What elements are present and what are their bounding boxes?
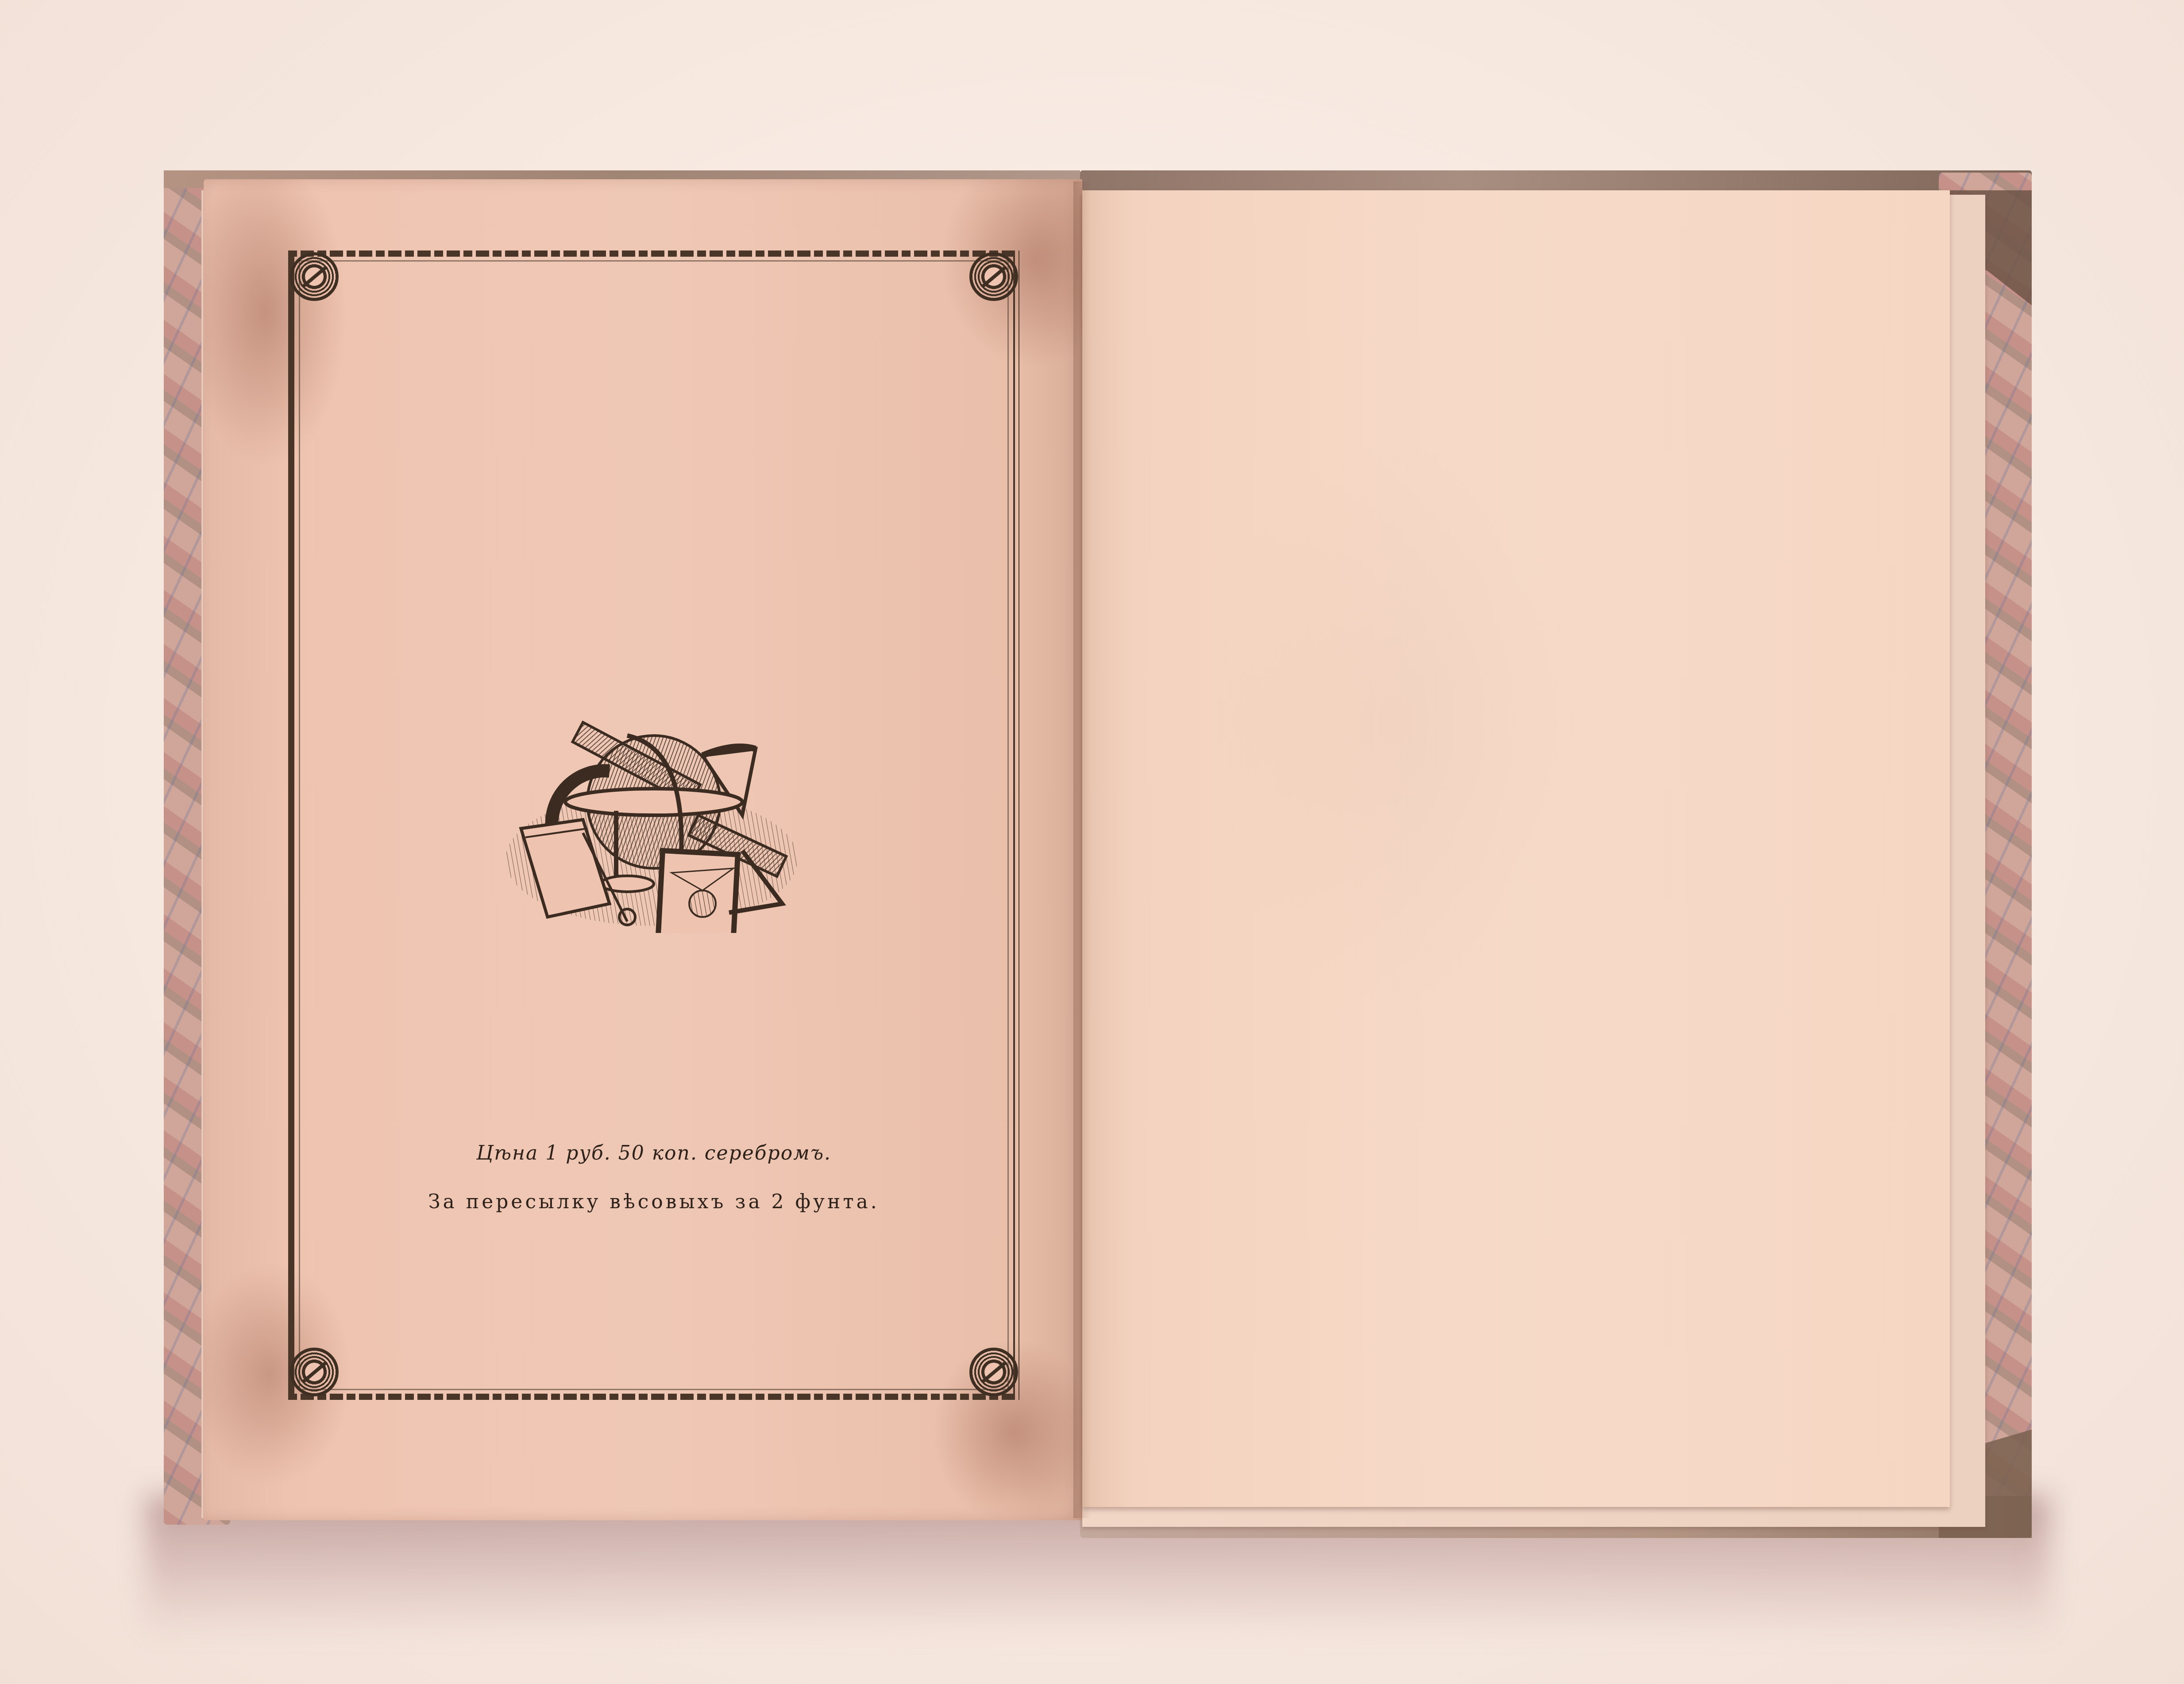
right-page-blank[interactable] (1082, 190, 1950, 1507)
postage-text: За пересылку вѣсовыхъ за 2 фунта. (288, 1191, 1019, 1213)
price-text: Цѣна 1 руб. 50 коп. серебромъ. (288, 1142, 1019, 1164)
scientific-instruments-vignette-icon (494, 682, 809, 933)
right-cover-top-edge (1080, 170, 2032, 193)
book-gutter (1073, 181, 1091, 1518)
corner-rosette-icon-bottom-right (969, 1348, 1018, 1396)
corner-rosette-icon-bottom-left (290, 1348, 339, 1396)
corner-rosette-icon-top-left (290, 252, 339, 301)
corner-rosette-icon-top-right (969, 252, 1018, 301)
